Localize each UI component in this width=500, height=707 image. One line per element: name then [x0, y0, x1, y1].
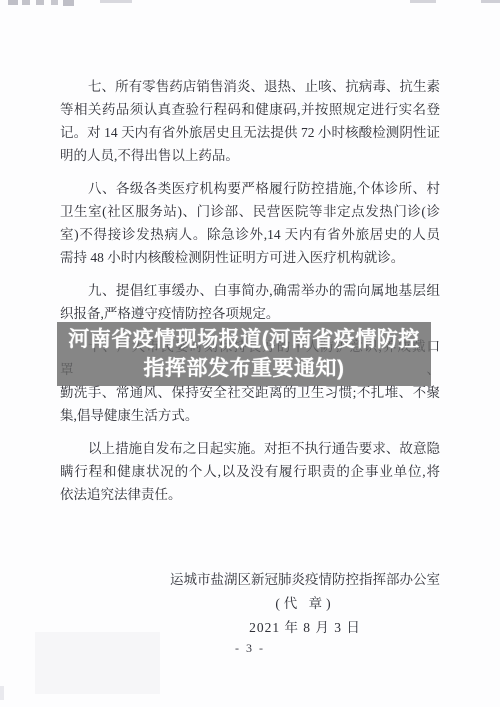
- body-line: 需持 48 小时内核酸检测阴性证明方可进入医疗机构就诊。: [60, 246, 440, 269]
- headline-line-1: 河南省疫情现场报道(河南省疫情防控: [68, 325, 420, 354]
- scan-artifact-top-dash: [8, 0, 18, 5]
- document-page: 七、所有零售药店销售消炎、退热、止咳、抗病毒、抗生素等相关药品须认真查验行程码和…: [0, 0, 500, 707]
- paragraph: 八、各级各类医疗机构要严格履行防控措施,个体诊所、村卫生室(社区服务站)、门诊部…: [60, 177, 440, 269]
- body-line: 以上措施自发布之日起实施。对拒不执行通告要求、故意隐: [60, 437, 440, 460]
- body-line: 七、所有零售药店销售消炎、退热、止咳、抗病毒、抗生素: [60, 75, 440, 98]
- signature-block: 运城市盐湖区新冠肺炎疫情防控指挥部办公室 (代 章) 2021 年 8 月 3 …: [60, 568, 440, 640]
- scan-artifact-top-dash: [481, 0, 500, 3]
- paragraph: 七、所有零售药店销售消炎、退热、止咳、抗病毒、抗生素等相关药品须认真查验行程码和…: [60, 75, 440, 167]
- scan-artifact-top-dash: [100, 0, 132, 3]
- scan-artifact-top-dash: [63, 0, 74, 6]
- body-line: 九、提倡红事缓办、白事简办,确需举办的需向属地基层组: [60, 279, 440, 302]
- body-line: 集,倡导健康生活方式。: [60, 404, 440, 427]
- scan-artifact-left-tick: [0, 686, 4, 700]
- body-line: 卫生室(社区服务站)、门诊部、民营医院等非定点发热门诊(诊: [60, 200, 440, 223]
- page-number: - 3 -: [0, 641, 500, 656]
- scan-artifact-top-dash: [36, 0, 44, 5]
- paragraph: 九、提倡红事缓办、白事简办,确需举办的需向属地基层组织报备,严格遵守疫情防控各项…: [60, 279, 440, 325]
- body-line: 室)不得接诊发热病人。除急诊外,14 天内有省外旅居史的人员: [60, 223, 440, 246]
- scan-artifact-top-dash: [51, 0, 58, 5]
- scan-artifact-top-dash: [22, 0, 30, 5]
- issue-date: 2021 年 8 月 3 日: [170, 616, 440, 640]
- body-line: 八、各级各类医疗机构要严格履行防控措施,个体诊所、村: [60, 177, 440, 200]
- body-line: 瞒行程和健康状况的个人,以及没有履行职责的企事业单位,将: [60, 460, 440, 483]
- issuing-office: 运城市盐湖区新冠肺炎疫情防控指挥部办公室: [170, 568, 440, 592]
- body-line: 等相关药品须认真查验行程码和健康码,并按照规定进行实名登: [60, 98, 440, 121]
- headline-overlay: 河南省疫情现场报道(河南省疫情防控 指挥部发布重要通知): [57, 322, 431, 386]
- headline-line-2: 指挥部发布重要通知): [144, 354, 345, 383]
- body-line: 依法追究法律责任。: [60, 483, 440, 506]
- seal-note: (代 章): [170, 592, 440, 616]
- signature-inner: 运城市盐湖区新冠肺炎疫情防控指挥部办公室 (代 章) 2021 年 8 月 3 …: [170, 568, 440, 640]
- paragraph: 以上措施自发布之日起实施。对拒不执行通告要求、故意隐瞒行程和健康状况的个人,以及…: [60, 437, 440, 506]
- scan-artifact-top-dash: [410, 0, 436, 3]
- body-line: 记。对 14 天内有省外旅居史且无法提供 72 小时核酸检测阴性证: [60, 121, 440, 144]
- body-line: 明的人员,不得出售以上药品。: [60, 144, 440, 167]
- notice-paragraphs: 七、所有零售药店销售消炎、退热、止咳、抗病毒、抗生素等相关药品须认真查验行程码和…: [60, 75, 440, 506]
